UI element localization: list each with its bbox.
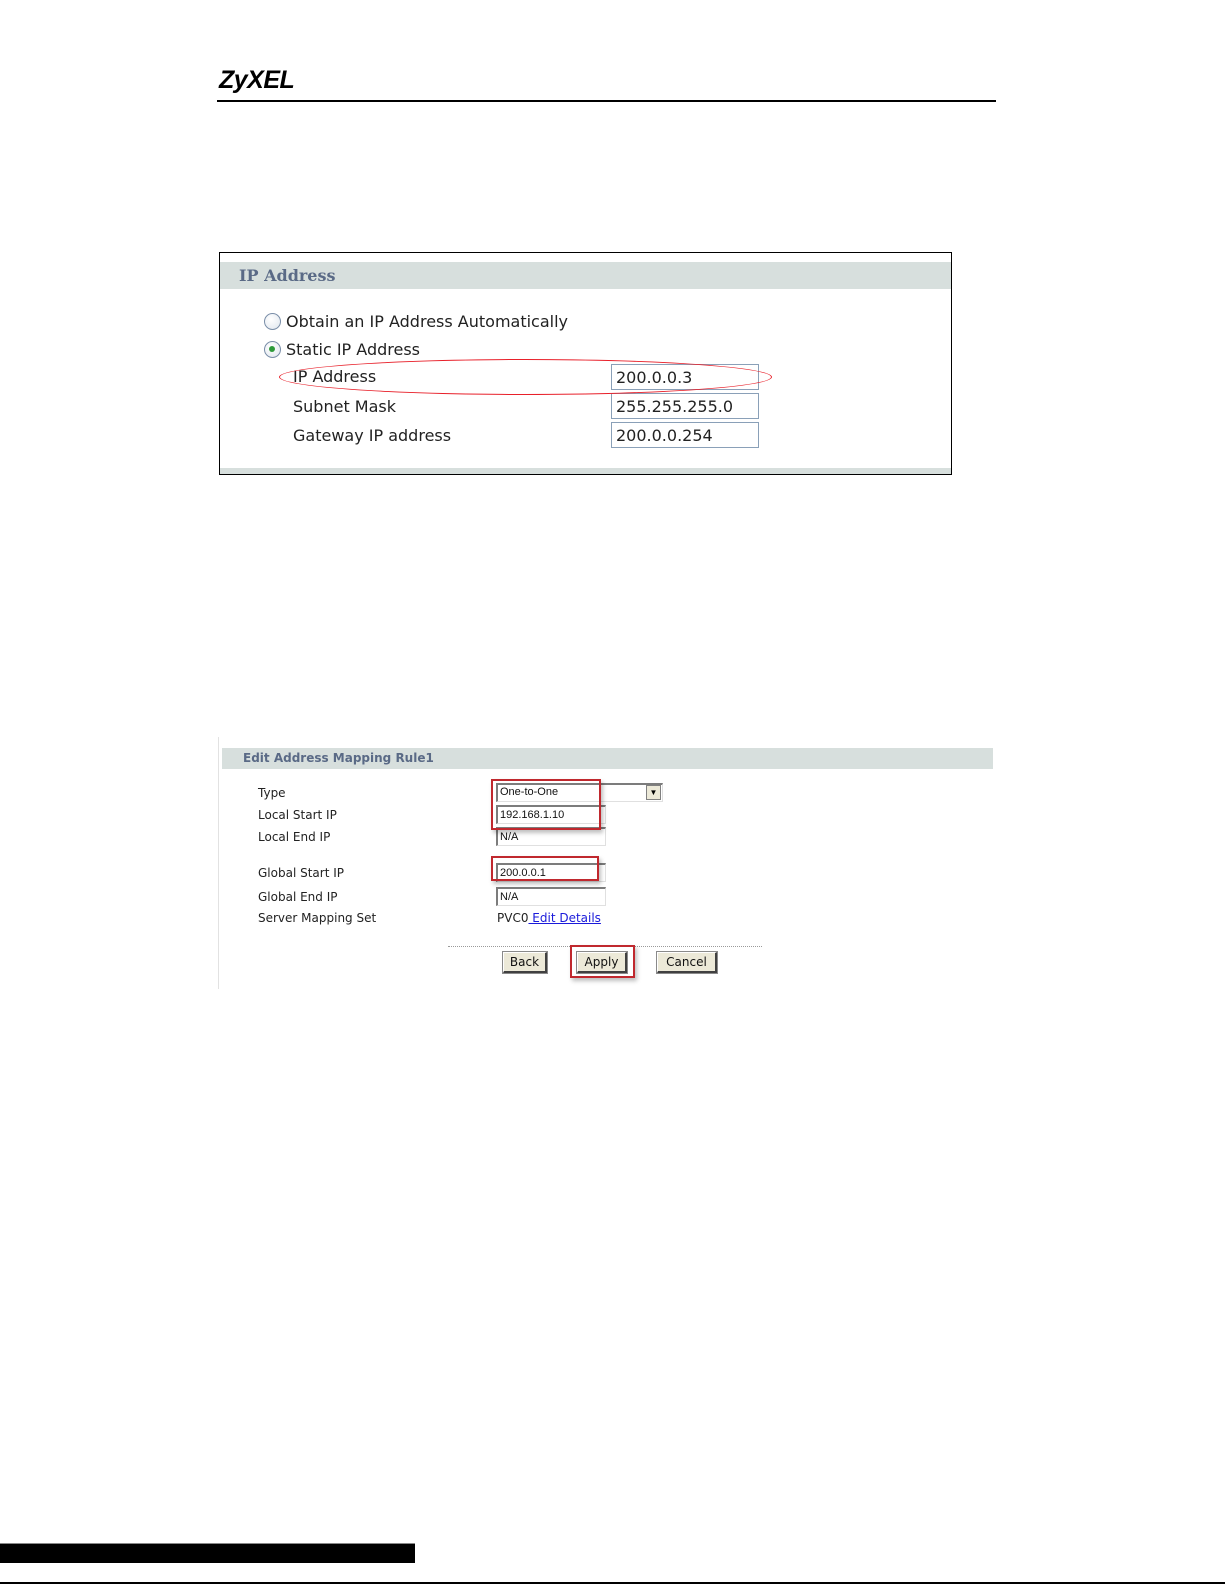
back-button[interactable]: Back: [503, 952, 547, 973]
subnet-mask-input[interactable]: [611, 393, 759, 419]
radio-label: Static IP Address: [286, 340, 420, 359]
gateway-ip-input[interactable]: [611, 422, 759, 448]
type-label: Type: [258, 786, 286, 800]
dropdown-arrow-icon[interactable]: ▼: [646, 785, 661, 800]
zyxel-logo: ZyXEL: [219, 66, 294, 95]
global-start-ip-input[interactable]: [496, 863, 606, 882]
header-divider: [217, 100, 996, 102]
subnet-mask-label: Subnet Mask: [293, 397, 396, 416]
edit-address-mapping-panel: Edit Address Mapping Rule1 Type One-to-O…: [218, 737, 993, 989]
radio-obtain-automatically[interactable]: Obtain an IP Address Automatically: [264, 312, 568, 331]
gateway-ip-label: Gateway IP address: [293, 426, 451, 445]
panel-bottom-bar: [220, 468, 951, 474]
global-end-ip-label: Global End IP: [258, 890, 338, 904]
ip-address-label: IP Address: [293, 367, 376, 386]
button-divider: [448, 946, 762, 947]
local-end-ip-label: Local End IP: [258, 830, 330, 844]
footer-bar: [0, 1543, 415, 1563]
pvc-value: PVC0: [497, 911, 528, 925]
panel-title: Edit Address Mapping Rule1: [243, 751, 434, 765]
edit-details-link[interactable]: Edit Details: [528, 911, 600, 925]
panel-title: IP Address: [239, 266, 336, 285]
global-start-ip-label: Global Start IP: [258, 866, 344, 880]
ip-address-input[interactable]: [611, 364, 759, 390]
footer-divider: [0, 1582, 1225, 1584]
apply-button[interactable]: Apply: [577, 952, 627, 973]
server-mapping-set-value: PVC0 Edit Details: [497, 911, 601, 925]
local-start-ip-input[interactable]: [496, 805, 606, 824]
local-start-ip-label: Local Start IP: [258, 808, 337, 822]
panel-title-bar: IP Address: [220, 262, 951, 289]
type-select[interactable]: One-to-One ▼: [496, 783, 663, 802]
radio-checked-icon[interactable]: [264, 341, 281, 358]
radio-label: Obtain an IP Address Automatically: [286, 312, 568, 331]
server-mapping-set-label: Server Mapping Set: [258, 911, 376, 925]
local-end-ip-input[interactable]: [496, 827, 606, 846]
ip-address-panel: IP Address Obtain an IP Address Automati…: [219, 252, 952, 475]
type-selected-value: One-to-One: [500, 786, 558, 798]
cancel-button[interactable]: Cancel: [657, 952, 717, 973]
panel-title-bar: Edit Address Mapping Rule1: [222, 748, 993, 769]
radio-static-ip[interactable]: Static IP Address: [264, 340, 420, 359]
panel-edge: [218, 737, 219, 989]
global-end-ip-input[interactable]: [496, 887, 606, 906]
radio-unchecked-icon[interactable]: [264, 313, 281, 330]
